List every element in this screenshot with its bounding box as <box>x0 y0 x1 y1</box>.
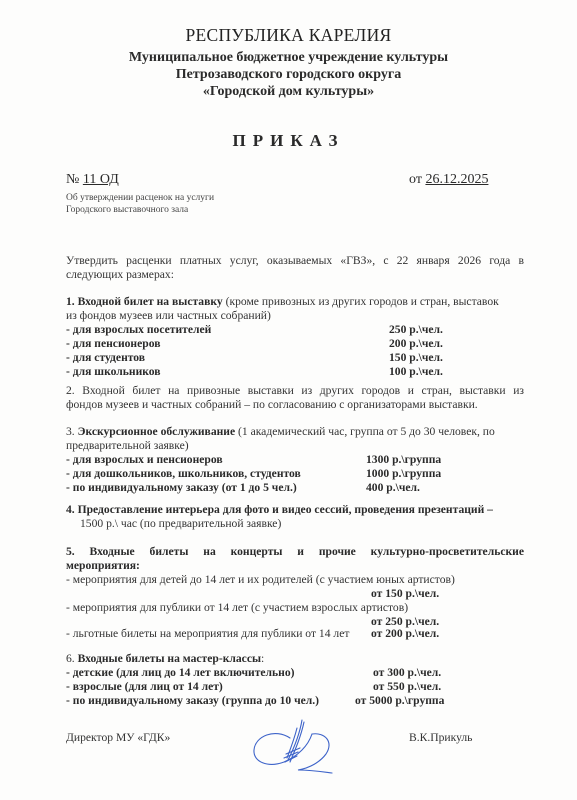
section1-item-price: 250 р.\чел. <box>389 323 443 336</box>
subject-line2: Городского выставочного зала <box>66 205 188 215</box>
section3-item-price: 1300 р.\группа <box>366 453 441 466</box>
republic-heading: РЕСПУБЛИКА КАРЕЛИЯ <box>0 25 577 46</box>
director-position: Директор МУ «ГДК» <box>66 731 170 744</box>
intro-line2: следующих размерах: <box>66 268 174 281</box>
number-label: № <box>66 172 79 187</box>
section3-item-price: 400 р.\чел. <box>366 481 420 494</box>
section1-item-price: 100 р.\чел. <box>389 365 443 378</box>
org-name-line3: «Городской дом культуры» <box>0 84 577 100</box>
section3-heading: 3. Экскурсионное обслуживание (1 академи… <box>66 425 495 438</box>
section1-heading: 1. Входной билет на выставку (кроме прив… <box>66 295 499 308</box>
signature-icon <box>250 718 340 783</box>
section5-item-label: - льготные билеты на мероприятия для пуб… <box>66 627 349 640</box>
section6-item-price: от 5000 р.\группа <box>355 694 444 707</box>
section3-item-label: - по индивидуальному заказу (от 1 до 5 ч… <box>66 481 297 494</box>
section5-line1: 5. Входные билеты на концерты и прочие к… <box>66 545 524 558</box>
date-label: от <box>409 172 422 187</box>
subject-line1: Об утверждении расценок на услуги <box>66 193 214 203</box>
section5-item-price: от 200 р.\чел. <box>371 627 439 640</box>
section6-item-label: - по индивидуальному заказу (группа до 1… <box>66 694 319 707</box>
order-number: № 11 ОД <box>66 172 119 188</box>
section6-item-price: от 550 р.\чел. <box>373 680 441 693</box>
section1-item-price: 150 р.\чел. <box>389 351 443 364</box>
section1-item-label: - для школьников <box>66 365 161 378</box>
section5-item-label: - мероприятия для детей до 14 лет и их р… <box>66 573 455 586</box>
document-title: ПРИКАЗ <box>0 131 577 151</box>
section1-item-label: - для взрослых посетителей <box>66 323 211 336</box>
section1-item-label: - для пенсионеров <box>66 337 160 350</box>
section6-item-price: от 300 р.\чел. <box>373 666 441 679</box>
org-name-line1: Муниципальное бюджетное учреждение культ… <box>0 50 577 66</box>
section5-line2: мероприятия: <box>66 559 140 572</box>
section3-item-label: - для взрослых и пенсионеров <box>66 453 223 466</box>
date-value: 26.12.2025 <box>425 172 488 187</box>
section2-line2: фондов музеев и частных собраний – по со… <box>66 398 478 411</box>
section3-item-price: 1000 р.\группа <box>366 467 441 480</box>
section6-heading: 6. Входные билеты на мастер-классы: <box>66 652 264 665</box>
intro-line1: Утвердить расценки платных услуг, оказыв… <box>66 254 524 267</box>
section1-item-price: 200 р.\чел. <box>389 337 443 350</box>
section2-line1: 2. Входной билет на привозные выставки и… <box>66 384 524 397</box>
section1-heading-line2: из фондов музеев или частных собраний) <box>66 309 271 322</box>
section3-heading-line2: предварительной заявке) <box>66 439 189 452</box>
section4-line1: 4. Предоставление интерьера для фото и в… <box>66 503 493 516</box>
director-name: В.К.Прикуль <box>409 731 472 744</box>
section6-item-label: - взрослые (для лиц от 14 лет) <box>66 680 223 693</box>
section5-item-price: от 150 р.\чел. <box>371 587 439 600</box>
section3-item-label: - для дошкольников, школьников, студенто… <box>66 467 301 480</box>
section4-line2: 1500 р.\ час (по предварительной заявке) <box>80 517 281 530</box>
section5-item-label: - мероприятия для публики от 14 лет (с у… <box>66 601 408 614</box>
org-name-line2: Петрозаводского городского округа <box>0 67 577 83</box>
section6-item-label: - детские (для лиц до 14 лет включительн… <box>66 666 295 679</box>
section1-item-label: - для студентов <box>66 351 145 364</box>
order-date: от 26.12.2025 <box>409 172 488 188</box>
number-value: 11 ОД <box>83 172 119 187</box>
